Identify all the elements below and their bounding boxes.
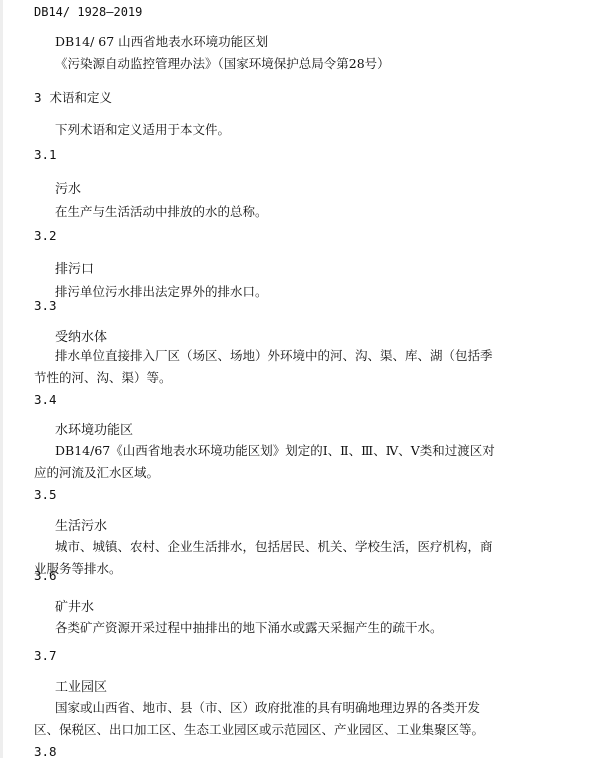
section-number: 3: [34, 90, 42, 105]
section-intro: 下列术语和定义适用于本文件。: [55, 120, 230, 138]
section-title: 术语和定义: [49, 90, 112, 105]
document-code: DB14/ 1928—2019: [34, 5, 142, 19]
term-number: 3.1: [34, 147, 57, 162]
term-number: 3.7: [34, 648, 57, 663]
term-definition: DB14/67《山西省地表水环境功能区划》划定的Ⅰ、Ⅱ、Ⅲ、Ⅳ、Ⅴ类和过渡区对应…: [34, 440, 504, 484]
term-title: 排污口: [55, 258, 94, 277]
term-title: 水环境功能区: [55, 419, 133, 438]
term-definition: 城市、城镇、农村、企业生活排水，包括居民、机关、学校生活，医疗机构，商业服务等排…: [34, 536, 504, 580]
reference-item: 《污染源自动监控管理办法》（国家环境保护总局令第28号）: [55, 54, 390, 72]
term-title: 生活污水: [55, 515, 107, 534]
section-heading: 3 术语和定义: [34, 88, 112, 106]
term-number: 3.6: [34, 568, 57, 583]
term-definition: 在生产与生活活动中排放的水的总称。: [34, 201, 504, 223]
term-title: 受纳水体: [55, 326, 107, 345]
term-number: 3.3: [34, 298, 57, 313]
term-definition: 排水单位直接排入厂区（场区、场地）外环境中的河、沟、渠、库、湖（包括季节性的河、…: [34, 345, 504, 389]
term-number: 3.5: [34, 487, 57, 502]
term-title: 污水: [55, 178, 81, 197]
term-definition: 排污单位污水排出法定界外的排水口。: [34, 281, 504, 303]
term-definition: 国家或山西省、地市、县（市、区）政府批准的具有明确地理边界的各类开发区、保税区、…: [34, 697, 504, 741]
reference-item: DB14/ 67 山西省地表水环境功能区划: [55, 32, 268, 50]
term-definition: 各类矿产资源开采过程中抽排出的地下涌水或露天采掘产生的疏干水。: [34, 617, 504, 639]
term-number: 3.8: [34, 744, 57, 758]
term-number: 3.4: [34, 392, 57, 407]
term-title: 矿井水: [55, 596, 94, 615]
term-number: 3.2: [34, 228, 57, 243]
page-edge: [0, 0, 3, 758]
term-title: 工业园区: [55, 676, 107, 695]
